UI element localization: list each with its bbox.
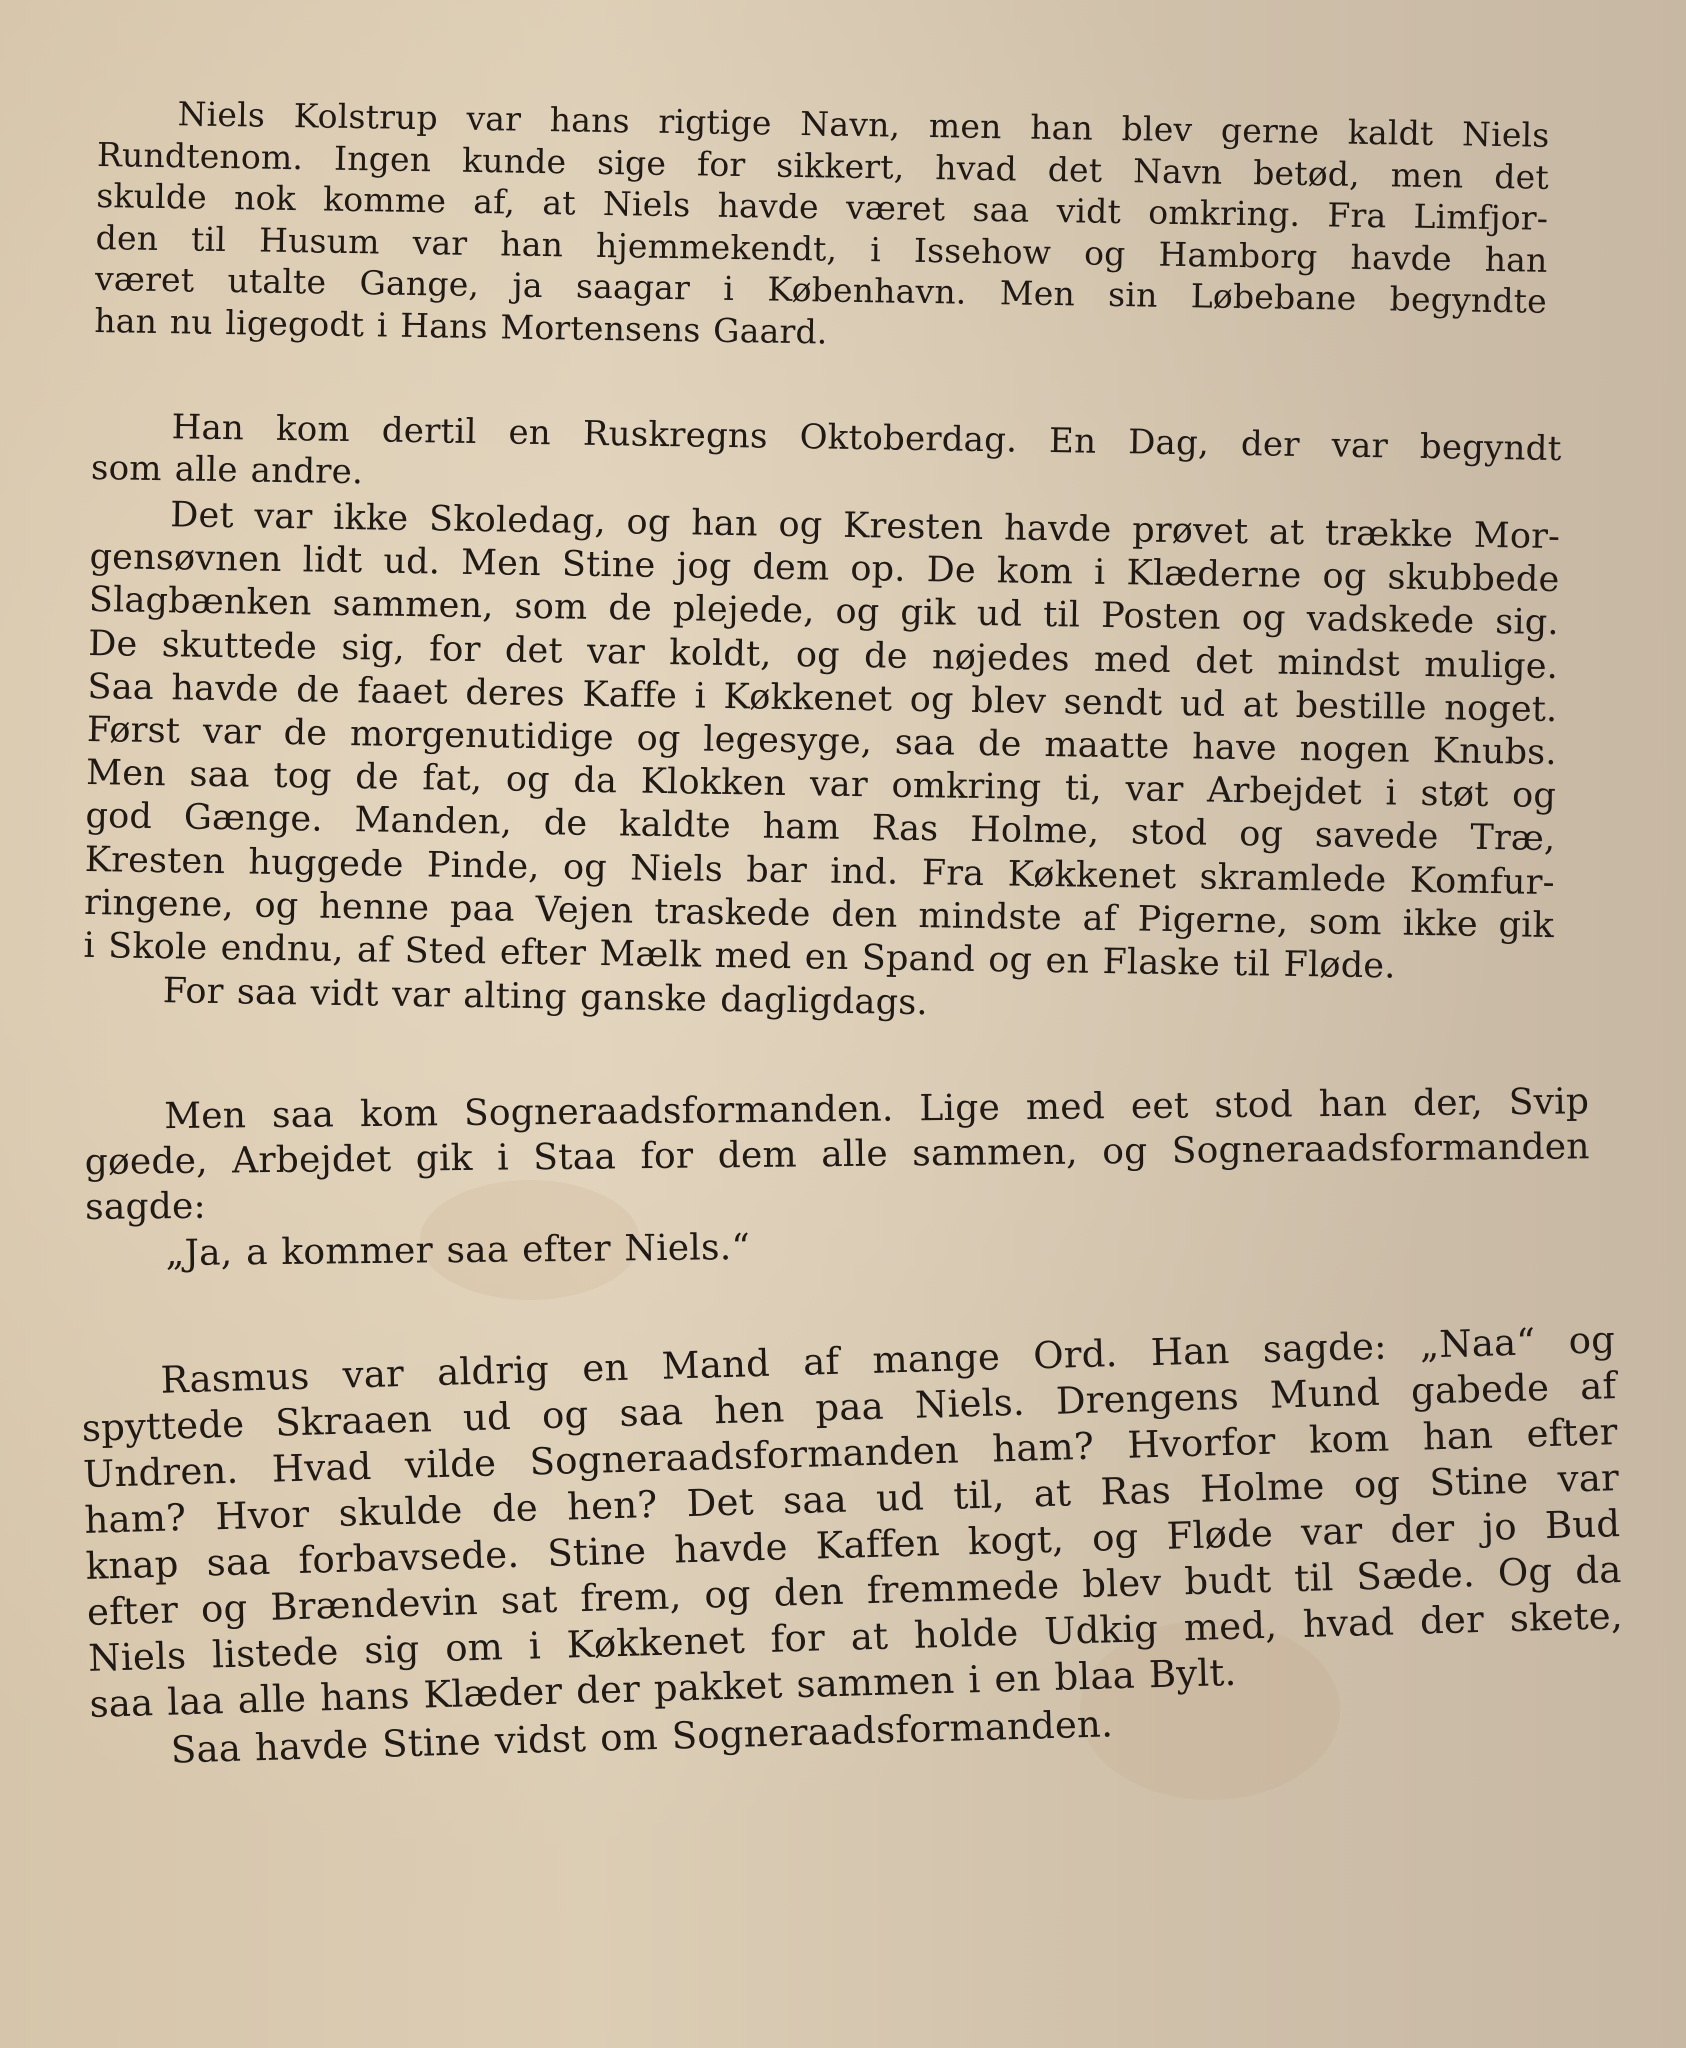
paragraph-7: Rasmus var aldrig en Mand af mange Ord. … [80, 1317, 1625, 1728]
text-block-dialogue: Men saa kom Sogneraadsformanden. Lige me… [84, 1079, 1591, 1280]
text-block-bottom: Rasmus var aldrig en Mand af mange Ord. … [80, 1317, 1626, 1778]
paragraph-1: Niels Kolstrup var hans rigtige Navn, me… [94, 92, 1550, 364]
text-block-middle: Han kom dertil en Ruskregns Oktoberdag. … [82, 405, 1561, 1035]
paragraph-3: Det var ikke Skoledag, og han og Kresten… [83, 493, 1560, 991]
paragraph-5: Men saa kom Sogneraadsformanden. Lige me… [84, 1079, 1590, 1230]
book-page: Niels Kolstrup var hans rigtige Navn, me… [0, 0, 1686, 2048]
text-block-top: Niels Kolstrup var hans rigtige Navn, me… [94, 92, 1550, 364]
